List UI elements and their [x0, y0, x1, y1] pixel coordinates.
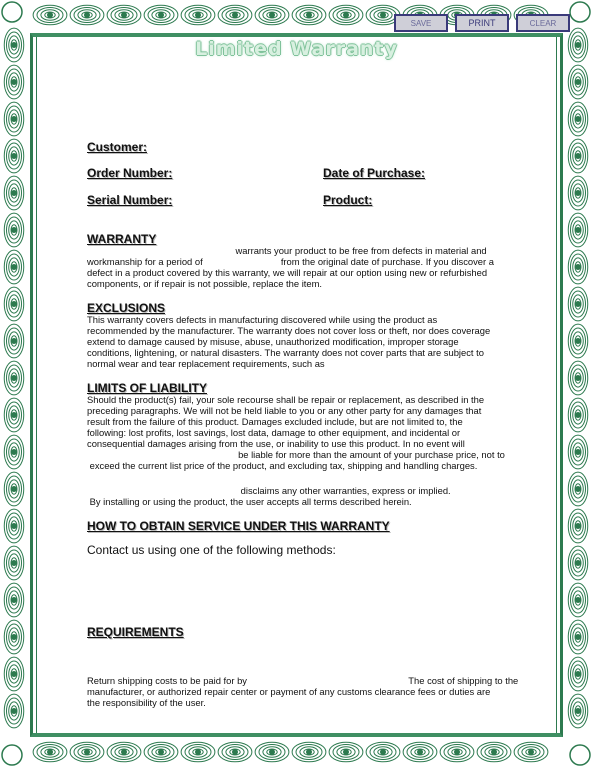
order-number-label: Order Number:	[87, 166, 172, 180]
print-button[interactable]: PRINT	[455, 14, 509, 32]
exclusions-heading: EXCLUSIONS	[87, 301, 165, 315]
document-title: Limited Warranty	[0, 38, 593, 60]
requirements-heading: REQUIREMENTS	[87, 625, 184, 639]
save-button[interactable]: SAVE	[394, 14, 448, 32]
clear-button[interactable]: CLEAR	[516, 14, 570, 32]
date-of-purchase-label: Date of Purchase:	[323, 166, 425, 180]
exclusions-text: This warranty covers defects in manufact…	[87, 314, 527, 369]
toolbar: SAVE PRINT CLEAR	[394, 14, 570, 32]
product-label: Product:	[323, 193, 372, 207]
serial-number-label: Serial Number:	[87, 193, 172, 207]
limits-text: Should the product(s) fail, your sole re…	[87, 394, 527, 471]
requirements-text: Return shipping costs to be paid for by …	[87, 675, 527, 708]
service-heading: HOW TO OBTAIN SERVICE UNDER THIS WARRANT…	[87, 519, 390, 533]
warranty-text: warrants your product to be free from de…	[87, 245, 527, 289]
service-text: Contact us using one of the following me…	[87, 545, 527, 556]
limits-heading: LIMITS OF LIABILITY	[87, 381, 207, 395]
warranty-heading: WARRANTY	[87, 232, 156, 246]
customer-label: Customer:	[87, 140, 147, 154]
disclaimer-text: disclaims any other warranties, express …	[87, 485, 527, 507]
